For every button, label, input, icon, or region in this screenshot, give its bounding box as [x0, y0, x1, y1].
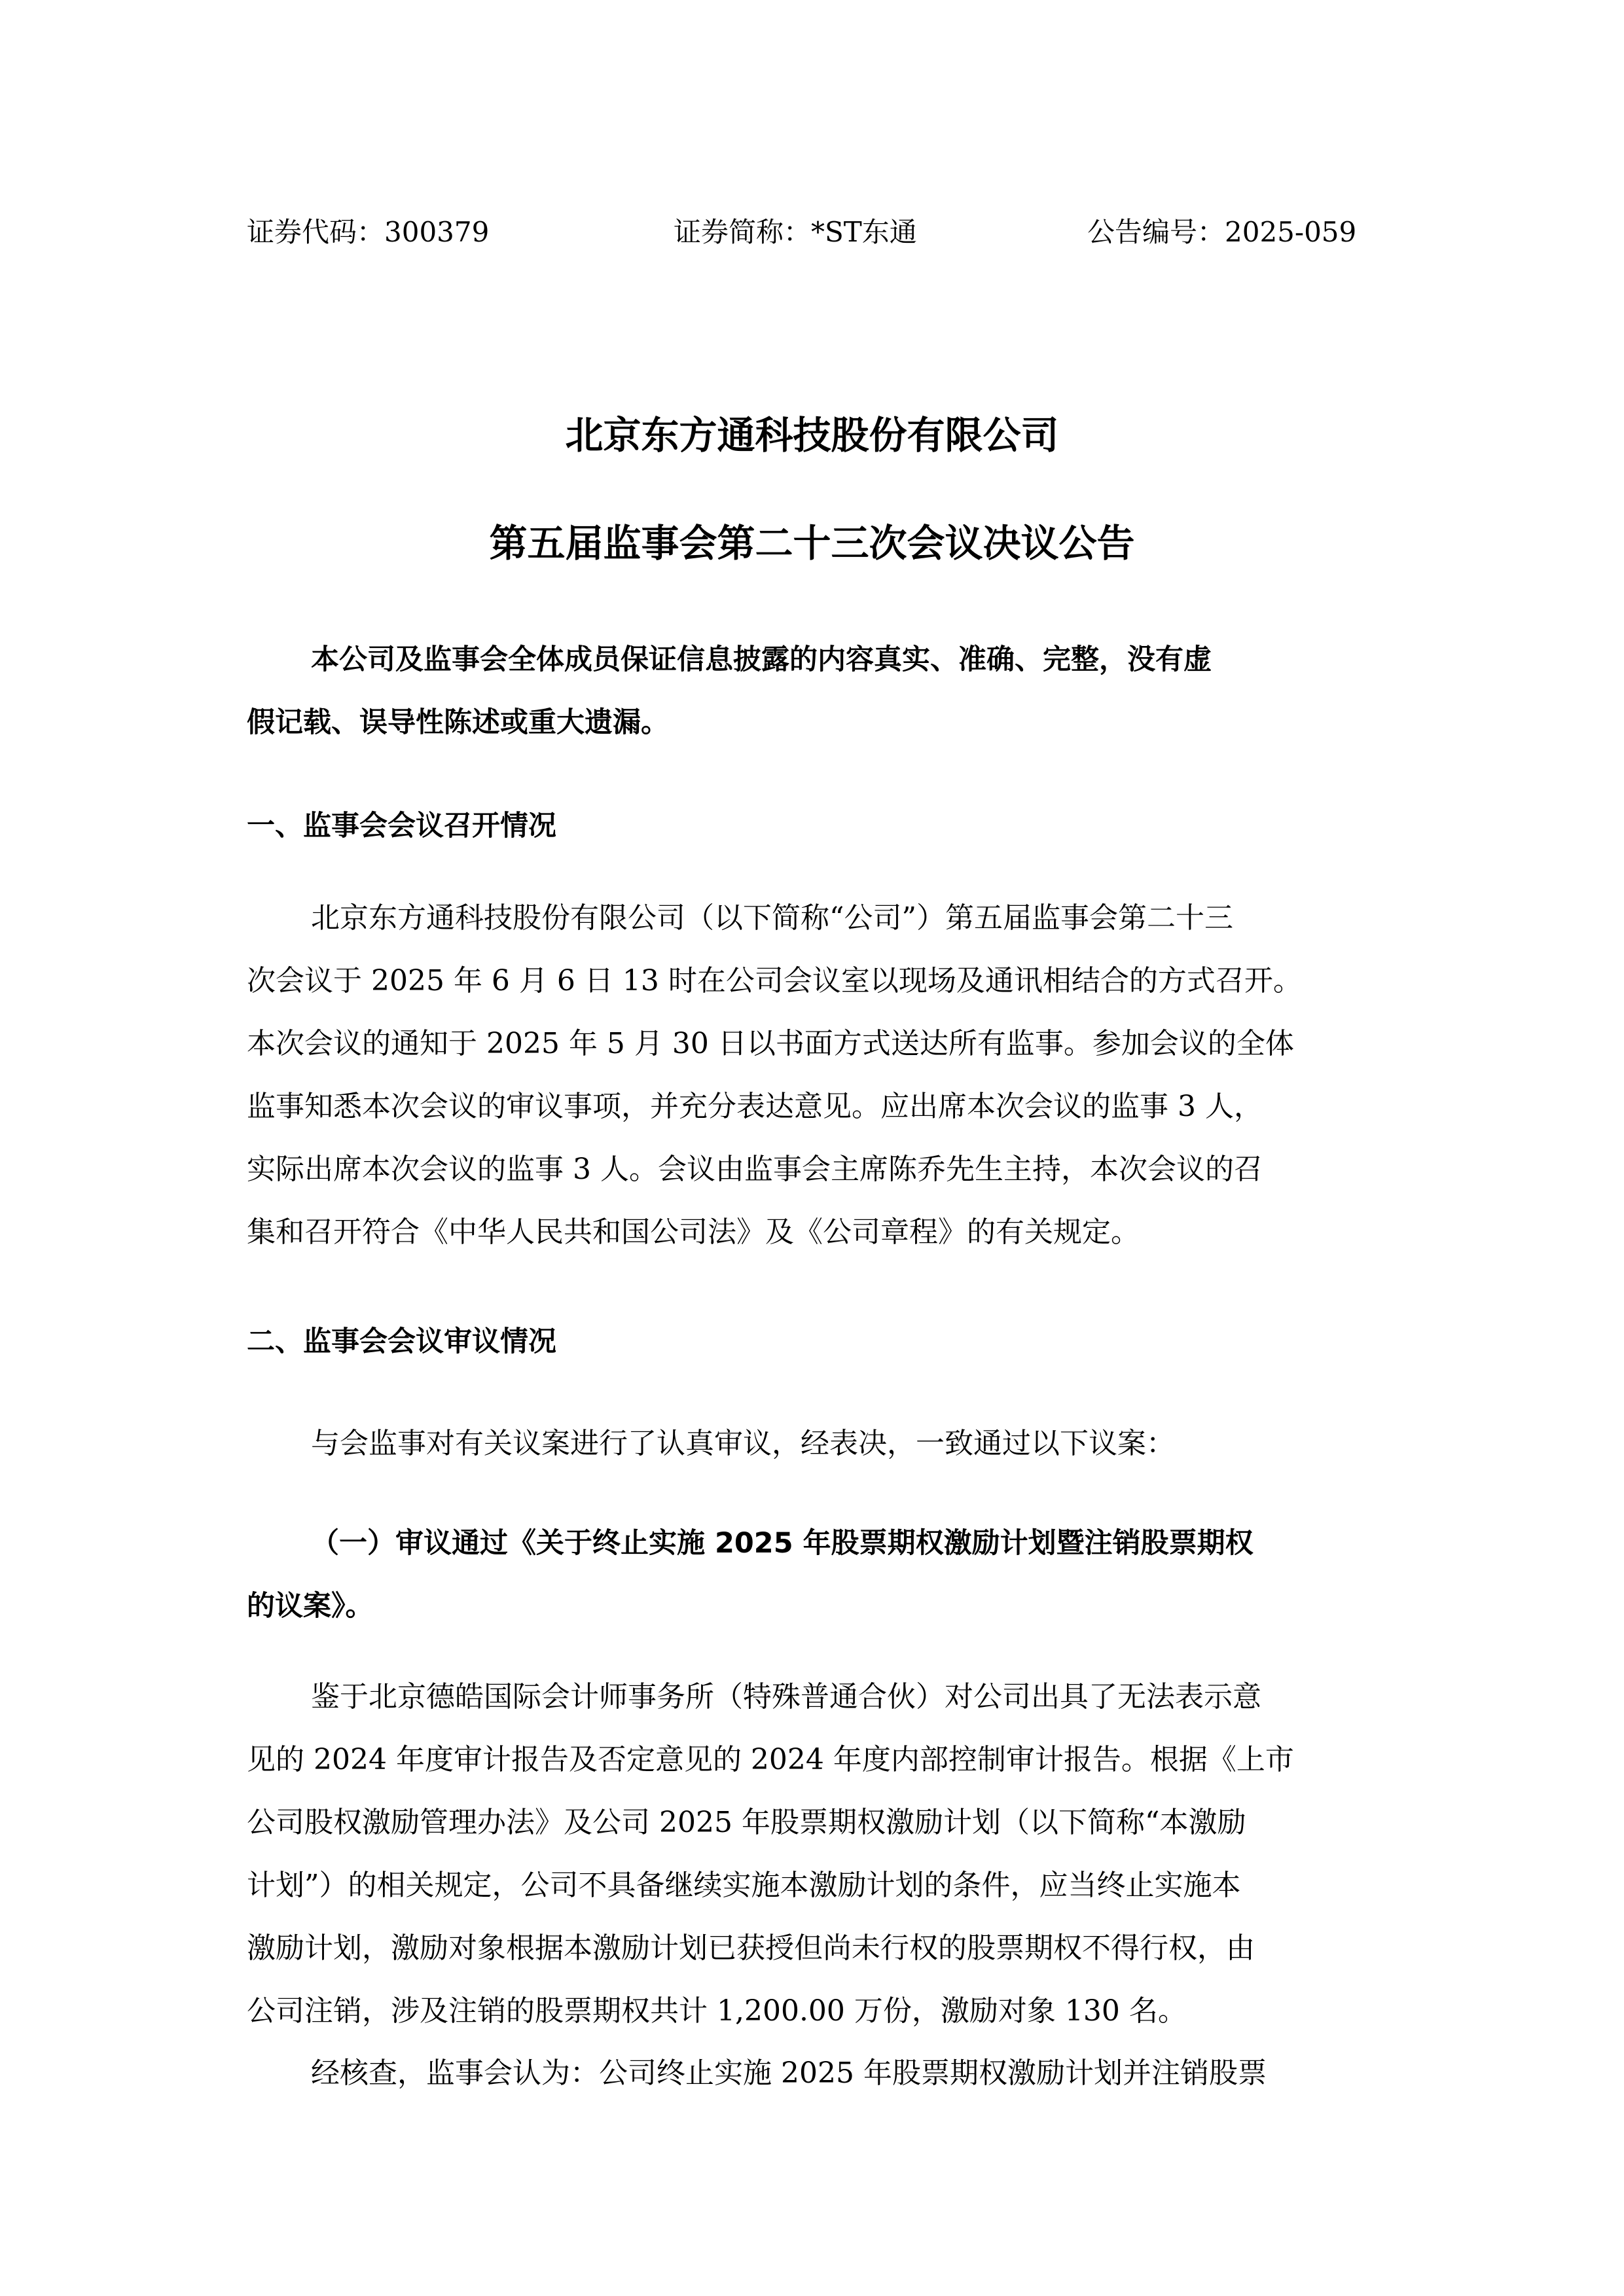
stock-abbreviation: 证券简称：*ST东通	[674, 213, 917, 252]
stock-code: 证券代码：300379	[247, 213, 489, 252]
company-title: 北京东方通科技股份有限公司	[0, 409, 1624, 461]
section2-intro: 与会监事对有关议案进行了认真审议，经表决，一致通过以下议案：	[247, 1412, 1386, 1475]
proposal-1-body: 鉴于北京德皓国际会计师事务所（特殊普通合伙）对公司出具了无法表示意 见的 202…	[247, 1666, 1386, 2043]
announcement-title: 第五届监事会第二十三次会议决议公告	[0, 517, 1624, 569]
document-page: 证券代码：300379 证券简称：*ST东通 公告编号：2025-059 北京东…	[0, 0, 1624, 2296]
announcement-header: 证券代码：300379 证券简称：*ST东通 公告编号：2025-059	[247, 213, 1386, 252]
section-heading-1: 一、监事会会议召开情况	[247, 806, 556, 846]
section-heading-2: 二、监事会会议审议情况	[247, 1322, 556, 1361]
proposal-1-title: （一）审议通过《关于终止实施 2025 年股票期权激励计划暨注销股票期权 的议案…	[247, 1512, 1386, 1638]
announcement-number: 公告编号：2025-059	[1087, 213, 1356, 252]
section1-paragraph: 北京东方通科技股份有限公司（以下简称“公司”）第五届监事会第二十三 次会议于 2…	[247, 887, 1386, 1264]
disclosure-statement: 本公司及监事会全体成员保证信息披露的内容真实、准确、完整，没有虚 假记载、误导性…	[247, 628, 1386, 754]
proposal-1-review: 经核查，监事会认为：公司终止实施 2025 年股票期权激励计划并注销股票	[247, 2042, 1386, 2105]
